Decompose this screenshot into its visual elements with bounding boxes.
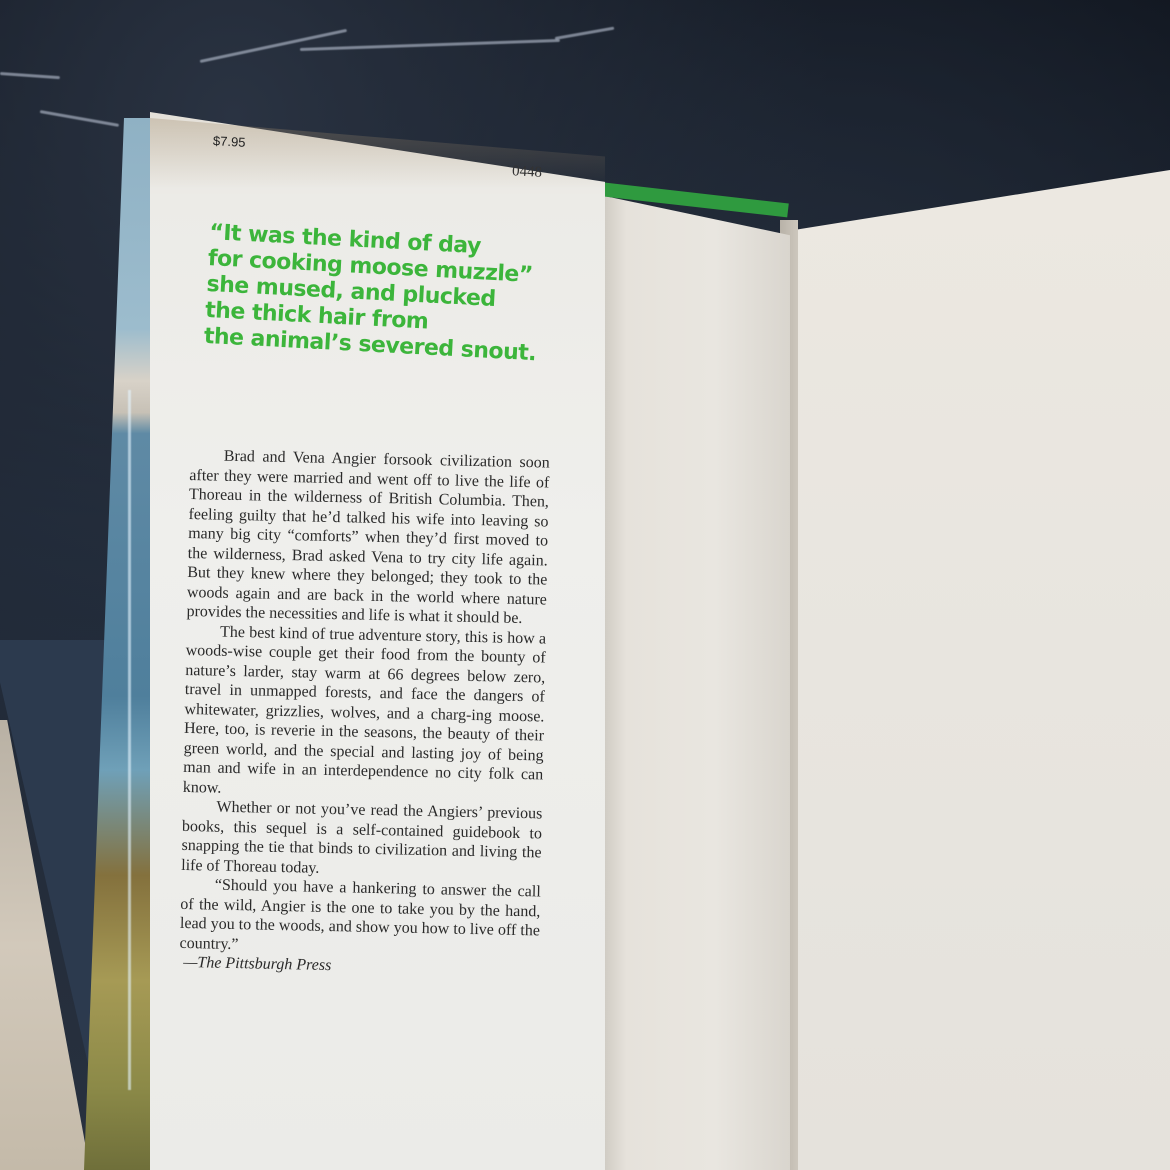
review-quote: “Should you have a hankering to answer t… (179, 875, 541, 961)
marble-vein (0, 72, 60, 79)
spine-glare (128, 390, 131, 1090)
blurb-paragraph: Brad and Vena Angier forsook civilizatio… (186, 446, 550, 629)
price-label: $7.95 (213, 133, 246, 150)
marble-vein (200, 29, 347, 63)
marble-vein (555, 27, 615, 40)
flap-copy: Brad and Vena Angier forsook civilizatio… (179, 446, 550, 980)
right-page (794, 170, 1170, 1170)
pull-quote: “It was the kind of day for cooking moos… (203, 220, 569, 369)
endpaper-page (604, 186, 790, 1170)
blurb-paragraph: Whether or not you’ve read the Angiers’ … (181, 797, 543, 883)
marble-vein (300, 39, 560, 51)
product-code: 0448 (512, 163, 543, 182)
blurb-paragraph: The best kind of true adventure story, t… (183, 621, 547, 804)
marble-vein (40, 110, 119, 127)
